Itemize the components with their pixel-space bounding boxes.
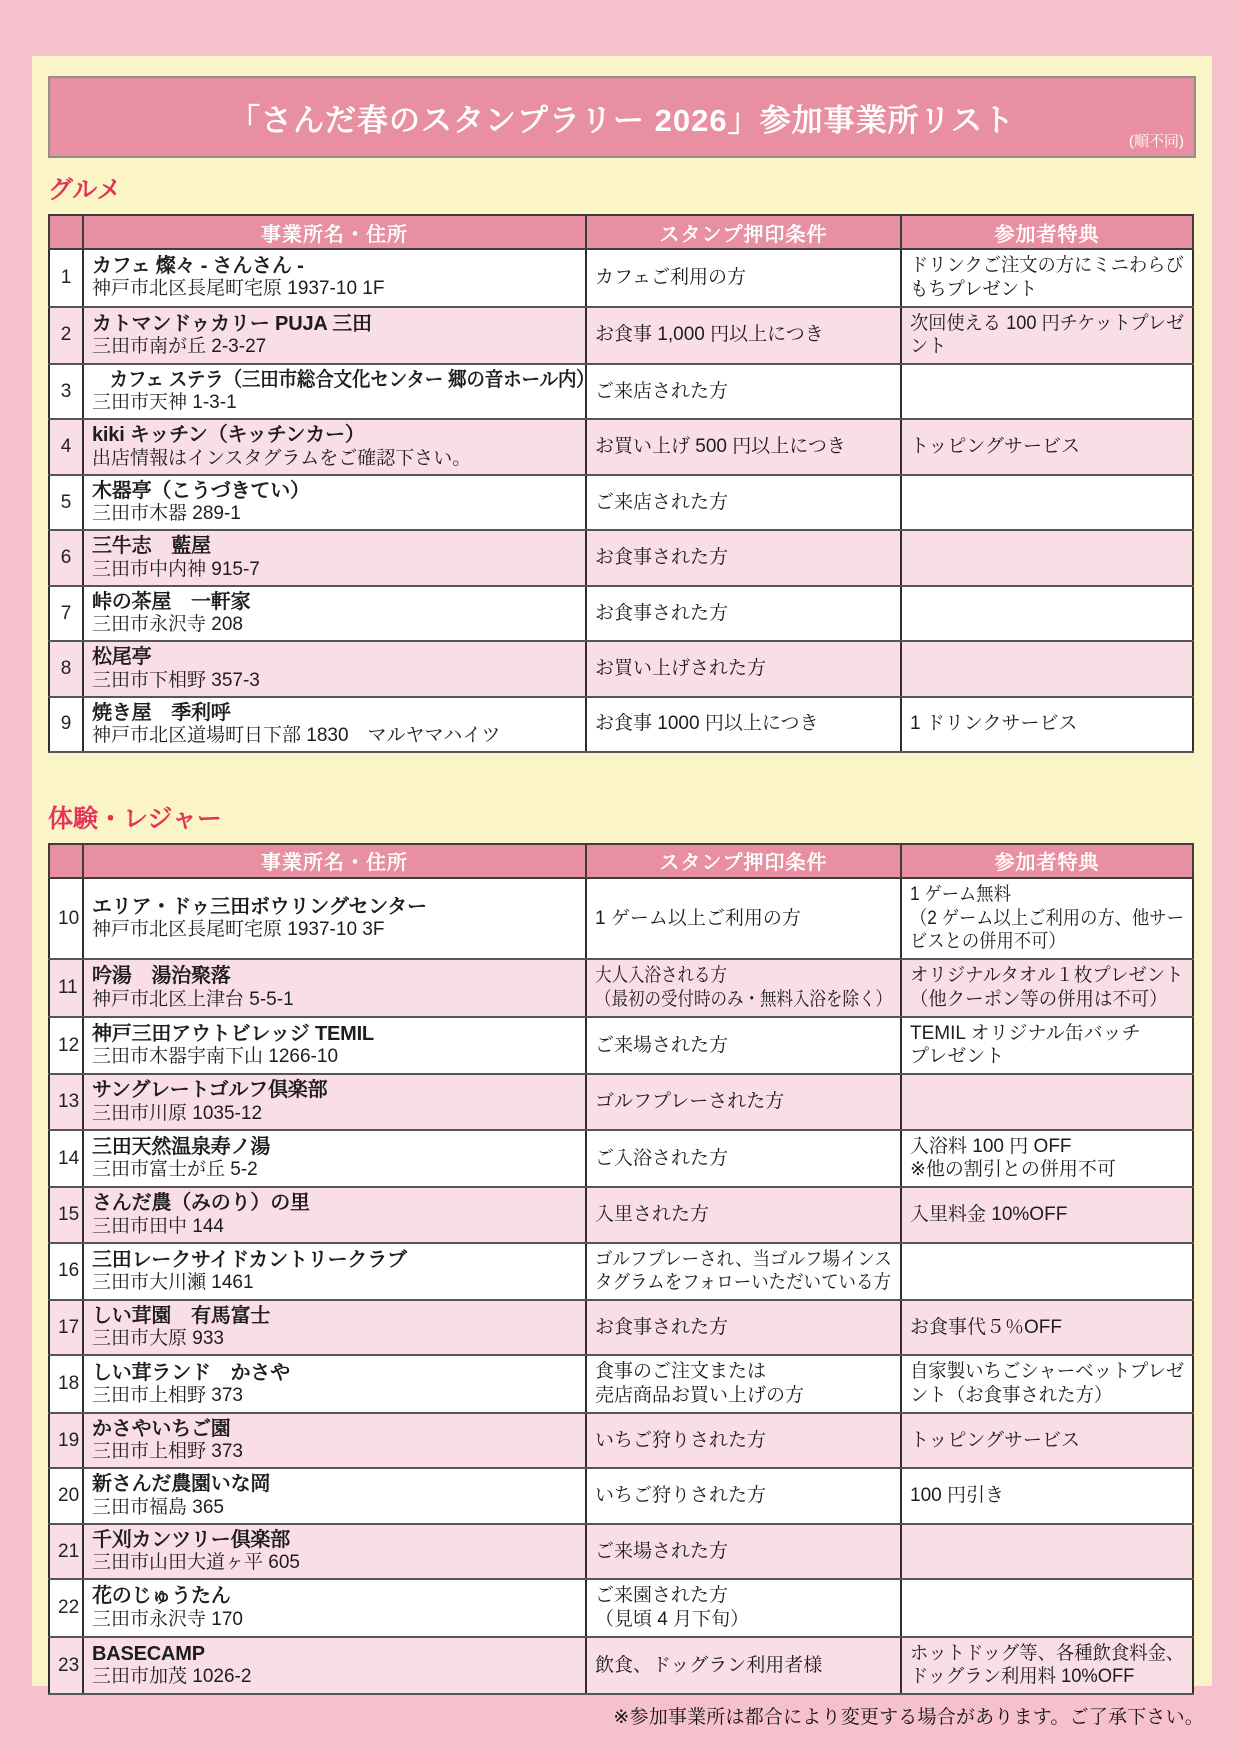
participant-benefit: 入里料金 10%OFF: [901, 1187, 1193, 1242]
business-cell: 焼き屋 季利呼神戸市北区道場町日下部 1830 マルヤマハイツ: [83, 697, 586, 752]
business-name: 三田レークサイドカントリークラブ: [92, 1249, 577, 1272]
stamp-condition: ご来店された方: [586, 475, 901, 530]
row-number: 22: [49, 1579, 83, 1637]
business-address: 神戸市北区長尾町宅原 1937-10 1F: [92, 278, 577, 300]
section-gourmet: グルメ 事業所名・住所スタンプ押印条件参加者特典 1カフェ 燦々 - さんさん …: [48, 170, 1196, 753]
participant-benefit: 1 ゲーム無料 （2 ゲーム以上ご利用の方、他サー ビスとの併用不可）: [901, 878, 1193, 959]
business-address: 三田市天神 1-3-1: [92, 392, 577, 414]
business-name: BASECAMP: [92, 1643, 577, 1666]
row-number: 14: [49, 1130, 83, 1188]
business-address: 三田市田中 144: [92, 1216, 577, 1238]
table-row: 4kiki キッチン（キッチンカー）出店情報はインスタグラムをご確認下さい。お買…: [49, 419, 1193, 474]
content: グルメ 事業所名・住所スタンプ押印条件参加者特典 1カフェ 燦々 - さんさん …: [48, 170, 1196, 1695]
participant-benefit: [901, 641, 1193, 696]
business-cell: エリア・ドゥ三田ボウリングセンター神戸市北区長尾町宅原 1937-10 3F: [83, 878, 586, 959]
column-header: [49, 215, 83, 249]
business-name: 焼き屋 季利呼: [92, 702, 577, 725]
stamp-condition: いちご狩りされた方: [586, 1468, 901, 1523]
row-number: 8: [49, 641, 83, 696]
row-number: 23: [49, 1637, 83, 1695]
row-number: 5: [49, 475, 83, 530]
table-row: 16三田レークサイドカントリークラブ三田市大川瀬 1461ゴルフプレーされ、当ゴ…: [49, 1243, 1193, 1301]
business-cell: かさやいちご園三田市上相野 373: [83, 1413, 586, 1468]
table-row: 2カトマンドゥカリー PUJA 三田三田市南が丘 2-3-27お食事 1,000…: [49, 307, 1193, 365]
participant-benefit: [901, 1074, 1193, 1129]
table-row: 1カフェ 燦々 - さんさん -神戸市北区長尾町宅原 1937-10 1Fカフェ…: [49, 249, 1193, 307]
business-name: kiki キッチン（キッチンカー）: [92, 424, 577, 447]
column-header: 参加者特典: [901, 844, 1193, 878]
table-header-row: 事業所名・住所スタンプ押印条件参加者特典: [49, 215, 1193, 249]
table-row: 12神戸三田アウトビレッジ TEMIL三田市木器宇南下山 1266-10ご来場さ…: [49, 1017, 1193, 1075]
table-row: 11吟湯 湯治聚落神戸市北区上津台 5-5-1大人入浴される方 （最初の受付時の…: [49, 959, 1193, 1017]
business-address: 三田市加茂 1026-2: [92, 1666, 577, 1688]
participant-benefit: [901, 1579, 1193, 1637]
row-number: 2: [49, 307, 83, 365]
stamp-condition: お食事 1000 円以上につき: [586, 697, 901, 752]
business-name: カフェ 燦々 - さんさん -: [92, 255, 577, 278]
row-number: 17: [49, 1300, 83, 1355]
row-number: 12: [49, 1017, 83, 1075]
row-number: 18: [49, 1355, 83, 1413]
participant-benefit: TEMIL オリジナル缶バッチ プレゼント: [901, 1017, 1193, 1075]
row-number: 11: [49, 959, 83, 1017]
column-header: 事業所名・住所: [83, 215, 586, 249]
section-heading: 体験・レジャー: [48, 799, 1196, 835]
row-number: 7: [49, 586, 83, 641]
business-address: 三田市大原 933: [92, 1328, 577, 1350]
stamp-condition: ゴルフプレーされ、当ゴルフ場インス タグラムをフォローいただいている方: [586, 1243, 901, 1301]
business-cell: しい茸園 有馬富士三田市大原 933: [83, 1300, 586, 1355]
stamp-condition: いちご狩りされた方: [586, 1413, 901, 1468]
business-address: 三田市大川瀬 1461: [92, 1272, 577, 1294]
row-number: 3: [49, 364, 83, 419]
business-cell: しい茸ランド かさや三田市上相野 373: [83, 1355, 586, 1413]
table-row: 5木器亭（こうづきてい）三田市木器 289-1ご来店された方: [49, 475, 1193, 530]
row-number: 21: [49, 1524, 83, 1579]
table-row: 8松尾亭三田市下相野 357-3お買い上げされた方: [49, 641, 1193, 696]
participant-benefit: ホットドッグ等、各種飲食料金、 ドッグラン利用料 10%OFF: [901, 1637, 1193, 1695]
participant-benefit: 自家製いちごシャーベットプレゼ ント（お食事された方）: [901, 1355, 1193, 1413]
stamp-condition: 食事のご注文または 売店商品お買い上げの方: [586, 1355, 901, 1413]
table-row: 14三田天然温泉寿ノ湯三田市富士が丘 5-2ご入浴された方入浴料 100 円 O…: [49, 1130, 1193, 1188]
business-cell: カフェ ステラ（三田市総合文化センター 郷の音ホール内）三田市天神 1-3-1: [83, 364, 586, 419]
business-cell: 峠の茶屋 一軒家三田市永沢寺 208: [83, 586, 586, 641]
stamp-condition: ご来場された方: [586, 1017, 901, 1075]
table-row: 17しい茸園 有馬富士三田市大原 933お食事された方お食事代５％OFF: [49, 1300, 1193, 1355]
row-number: 6: [49, 530, 83, 585]
participant-benefit: ドリンクご注文の方にミニわらび もちプレゼント: [901, 249, 1193, 307]
business-name: サングレートゴルフ倶楽部: [92, 1079, 577, 1102]
stamp-condition: 大人入浴される方 （最初の受付時のみ・無料入浴を除く）: [586, 959, 901, 1017]
row-number: 10: [49, 878, 83, 959]
row-number: 16: [49, 1243, 83, 1301]
participant-benefit: トッピングサービス: [901, 419, 1193, 474]
business-cell: kiki キッチン（キッチンカー）出店情報はインスタグラムをご確認下さい。: [83, 419, 586, 474]
row-number: 15: [49, 1187, 83, 1242]
column-header: 事業所名・住所: [83, 844, 586, 878]
table-row: 15さんだ農（みのり）の里三田市田中 144入里された方入里料金 10%OFF: [49, 1187, 1193, 1242]
business-name: しい茸園 有馬富士: [92, 1305, 577, 1328]
participant-benefit: [901, 1243, 1193, 1301]
table-row: 7峠の茶屋 一軒家三田市永沢寺 208お食事された方: [49, 586, 1193, 641]
business-address: 神戸市北区上津台 5-5-1: [92, 989, 577, 1011]
title-bar: 「さんだ春のスタンプラリー 2026」参加事業所リスト (順不同): [48, 76, 1196, 158]
business-name: 木器亭（こうづきてい）: [92, 480, 577, 503]
business-name: かさやいちご園: [92, 1418, 577, 1441]
column-header: スタンプ押印条件: [586, 844, 901, 878]
stamp-condition: お食事された方: [586, 586, 901, 641]
column-header: 参加者特典: [901, 215, 1193, 249]
row-number: 4: [49, 419, 83, 474]
business-cell: 三田天然温泉寿ノ湯三田市富士が丘 5-2: [83, 1130, 586, 1188]
business-name: さんだ農（みのり）の里: [92, 1192, 577, 1215]
business-cell: カフェ 燦々 - さんさん -神戸市北区長尾町宅原 1937-10 1F: [83, 249, 586, 307]
stamp-condition: 1 ゲーム以上ご利用の方: [586, 878, 901, 959]
table-row: 21千刈カンツリー倶楽部三田市山田大道ヶ平 605ご来場された方: [49, 1524, 1193, 1579]
business-cell: 松尾亭三田市下相野 357-3: [83, 641, 586, 696]
row-number: 9: [49, 697, 83, 752]
table-row: 20新さんだ農園いな岡三田市福島 365いちご狩りされた方100 円引き: [49, 1468, 1193, 1523]
business-address: 三田市川原 1035-12: [92, 1103, 577, 1125]
participant-benefit: 1 ドリンクサービス: [901, 697, 1193, 752]
business-name: 松尾亭: [92, 646, 577, 669]
stamp-condition: お買い上げ 500 円以上につき: [586, 419, 901, 474]
business-cell: サングレートゴルフ倶楽部三田市川原 1035-12: [83, 1074, 586, 1129]
participant-benefit: オリジナルタオル１枚プレゼント （他クーポン等の併用は不可）: [901, 959, 1193, 1017]
row-number: 19: [49, 1413, 83, 1468]
business-name: 花のじゅうたん: [92, 1585, 577, 1608]
participant-benefit: [901, 475, 1193, 530]
business-cell: 花のじゅうたん三田市永沢寺 170: [83, 1579, 586, 1637]
business-address: 三田市木器宇南下山 1266-10: [92, 1046, 577, 1068]
participant-benefit: トッピングサービス: [901, 1413, 1193, 1468]
row-number: 1: [49, 249, 83, 307]
page: 「さんだ春のスタンプラリー 2026」参加事業所リスト (順不同) グルメ 事業…: [0, 0, 1240, 1754]
business-cell: 新さんだ農園いな岡三田市福島 365: [83, 1468, 586, 1523]
participant-benefit: お食事代５％OFF: [901, 1300, 1193, 1355]
table-header-row: 事業所名・住所スタンプ押印条件参加者特典: [49, 844, 1193, 878]
footer-note: ※参加事業所は都合により変更する場合があります。ご了承下さい。: [613, 1702, 1204, 1729]
business-name: 神戸三田アウトビレッジ TEMIL: [92, 1023, 577, 1046]
title-note: (順不同): [1129, 130, 1184, 151]
business-table: 事業所名・住所スタンプ押印条件参加者特典 1カフェ 燦々 - さんさん -神戸市…: [48, 214, 1194, 753]
business-address: 三田市永沢寺 170: [92, 1609, 577, 1631]
business-address: 神戸市北区長尾町宅原 1937-10 3F: [92, 919, 577, 941]
stamp-condition: ご来店された方: [586, 364, 901, 419]
business-address: 三田市山田大道ヶ平 605: [92, 1552, 577, 1574]
stamp-condition: ご来場された方: [586, 1524, 901, 1579]
business-address: 三田市下相野 357-3: [92, 670, 577, 692]
content-panel: 「さんだ春のスタンプラリー 2026」参加事業所リスト (順不同) グルメ 事業…: [32, 56, 1212, 1686]
table-row: 6三牛志 藍屋三田市中内神 915-7お食事された方: [49, 530, 1193, 585]
stamp-condition: ゴルフプレーされた方: [586, 1074, 901, 1129]
participant-benefit: 次回使える 100 円チケットプレゼ ント: [901, 307, 1193, 365]
column-header: スタンプ押印条件: [586, 215, 901, 249]
stamp-condition: ご入浴された方: [586, 1130, 901, 1188]
business-name: カトマンドゥカリー PUJA 三田: [92, 313, 577, 336]
stamp-condition: ご来園された方 （見頃 4 月下旬）: [586, 1579, 901, 1637]
business-cell: 三牛志 藍屋三田市中内神 915-7: [83, 530, 586, 585]
table-row: 23BASECAMP三田市加茂 1026-2飲食、ドッグラン利用者様ホットドッグ…: [49, 1637, 1193, 1695]
business-cell: さんだ農（みのり）の里三田市田中 144: [83, 1187, 586, 1242]
participant-benefit: [901, 530, 1193, 585]
business-address: 三田市南が丘 2-3-27: [92, 336, 577, 358]
business-name: 新さんだ農園いな岡: [92, 1473, 577, 1496]
business-name: 三牛志 藍屋: [92, 535, 577, 558]
business-cell: 神戸三田アウトビレッジ TEMIL三田市木器宇南下山 1266-10: [83, 1017, 586, 1075]
business-name: 三田天然温泉寿ノ湯: [92, 1136, 577, 1159]
table-row: 10エリア・ドゥ三田ボウリングセンター神戸市北区長尾町宅原 1937-10 3F…: [49, 878, 1193, 959]
table-row: 13サングレートゴルフ倶楽部三田市川原 1035-12ゴルフプレーされた方: [49, 1074, 1193, 1129]
stamp-condition: お食事された方: [586, 530, 901, 585]
business-cell: 木器亭（こうづきてい）三田市木器 289-1: [83, 475, 586, 530]
stamp-condition: お食事された方: [586, 1300, 901, 1355]
row-number: 13: [49, 1074, 83, 1129]
business-cell: 三田レークサイドカントリークラブ三田市大川瀬 1461: [83, 1243, 586, 1301]
row-number: 20: [49, 1468, 83, 1523]
stamp-condition: 入里された方: [586, 1187, 901, 1242]
business-cell: 吟湯 湯治聚落神戸市北区上津台 5-5-1: [83, 959, 586, 1017]
business-address: 三田市福島 365: [92, 1497, 577, 1519]
stamp-condition: お食事 1,000 円以上につき: [586, 307, 901, 365]
business-address: 三田市上相野 373: [92, 1385, 577, 1407]
business-table: 事業所名・住所スタンプ押印条件参加者特典 10エリア・ドゥ三田ボウリングセンター…: [48, 843, 1194, 1695]
participant-benefit: [901, 586, 1193, 641]
business-address: 三田市富士が丘 5-2: [92, 1159, 577, 1181]
business-address: 三田市上相野 373: [92, 1441, 577, 1463]
business-name: しい茸ランド かさや: [92, 1362, 577, 1385]
business-cell: BASECAMP三田市加茂 1026-2: [83, 1637, 586, 1695]
section-heading: グルメ: [48, 170, 1196, 206]
column-header: [49, 844, 83, 878]
business-cell: カトマンドゥカリー PUJA 三田三田市南が丘 2-3-27: [83, 307, 586, 365]
business-address: 三田市中内神 915-7: [92, 559, 577, 581]
business-name: カフェ ステラ（三田市総合文化センター 郷の音ホール内）: [110, 369, 560, 392]
table-row: 9焼き屋 季利呼神戸市北区道場町日下部 1830 マルヤマハイツお食事 1000…: [49, 697, 1193, 752]
participant-benefit: 100 円引き: [901, 1468, 1193, 1523]
business-cell: 千刈カンツリー倶楽部三田市山田大道ヶ平 605: [83, 1524, 586, 1579]
business-name: 峠の茶屋 一軒家: [92, 591, 577, 614]
business-name: エリア・ドゥ三田ボウリングセンター: [92, 896, 577, 919]
business-name: 千刈カンツリー倶楽部: [92, 1529, 577, 1552]
page-title: 「さんだ春のスタンプラリー 2026」参加事業所リスト: [229, 95, 1015, 140]
table-row: 22花のじゅうたん三田市永沢寺 170ご来園された方 （見頃 4 月下旬）: [49, 1579, 1193, 1637]
participant-benefit: 入浴料 100 円 OFF ※他の割引との併用不可: [901, 1130, 1193, 1188]
table-row: 18しい茸ランド かさや三田市上相野 373食事のご注文または 売店商品お買い上…: [49, 1355, 1193, 1413]
table-row: 19かさやいちご園三田市上相野 373いちご狩りされた方トッピングサービス: [49, 1413, 1193, 1468]
participant-benefit: [901, 1524, 1193, 1579]
stamp-condition: カフェご利用の方: [586, 249, 901, 307]
business-address: 出店情報はインスタグラムをご確認下さい。: [92, 448, 577, 470]
business-name: 吟湯 湯治聚落: [92, 965, 577, 988]
business-address: 三田市木器 289-1: [92, 503, 577, 525]
business-address: 三田市永沢寺 208: [92, 614, 577, 636]
participant-benefit: [901, 364, 1193, 419]
section-leisure: 体験・レジャー 事業所名・住所スタンプ押印条件参加者特典 10エリア・ドゥ三田ボ…: [48, 799, 1196, 1695]
stamp-condition: 飲食、ドッグラン利用者様: [586, 1637, 901, 1695]
table-row: 3カフェ ステラ（三田市総合文化センター 郷の音ホール内）三田市天神 1-3-1…: [49, 364, 1193, 419]
stamp-condition: お買い上げされた方: [586, 641, 901, 696]
business-address: 神戸市北区道場町日下部 1830 マルヤマハイツ: [92, 725, 577, 747]
